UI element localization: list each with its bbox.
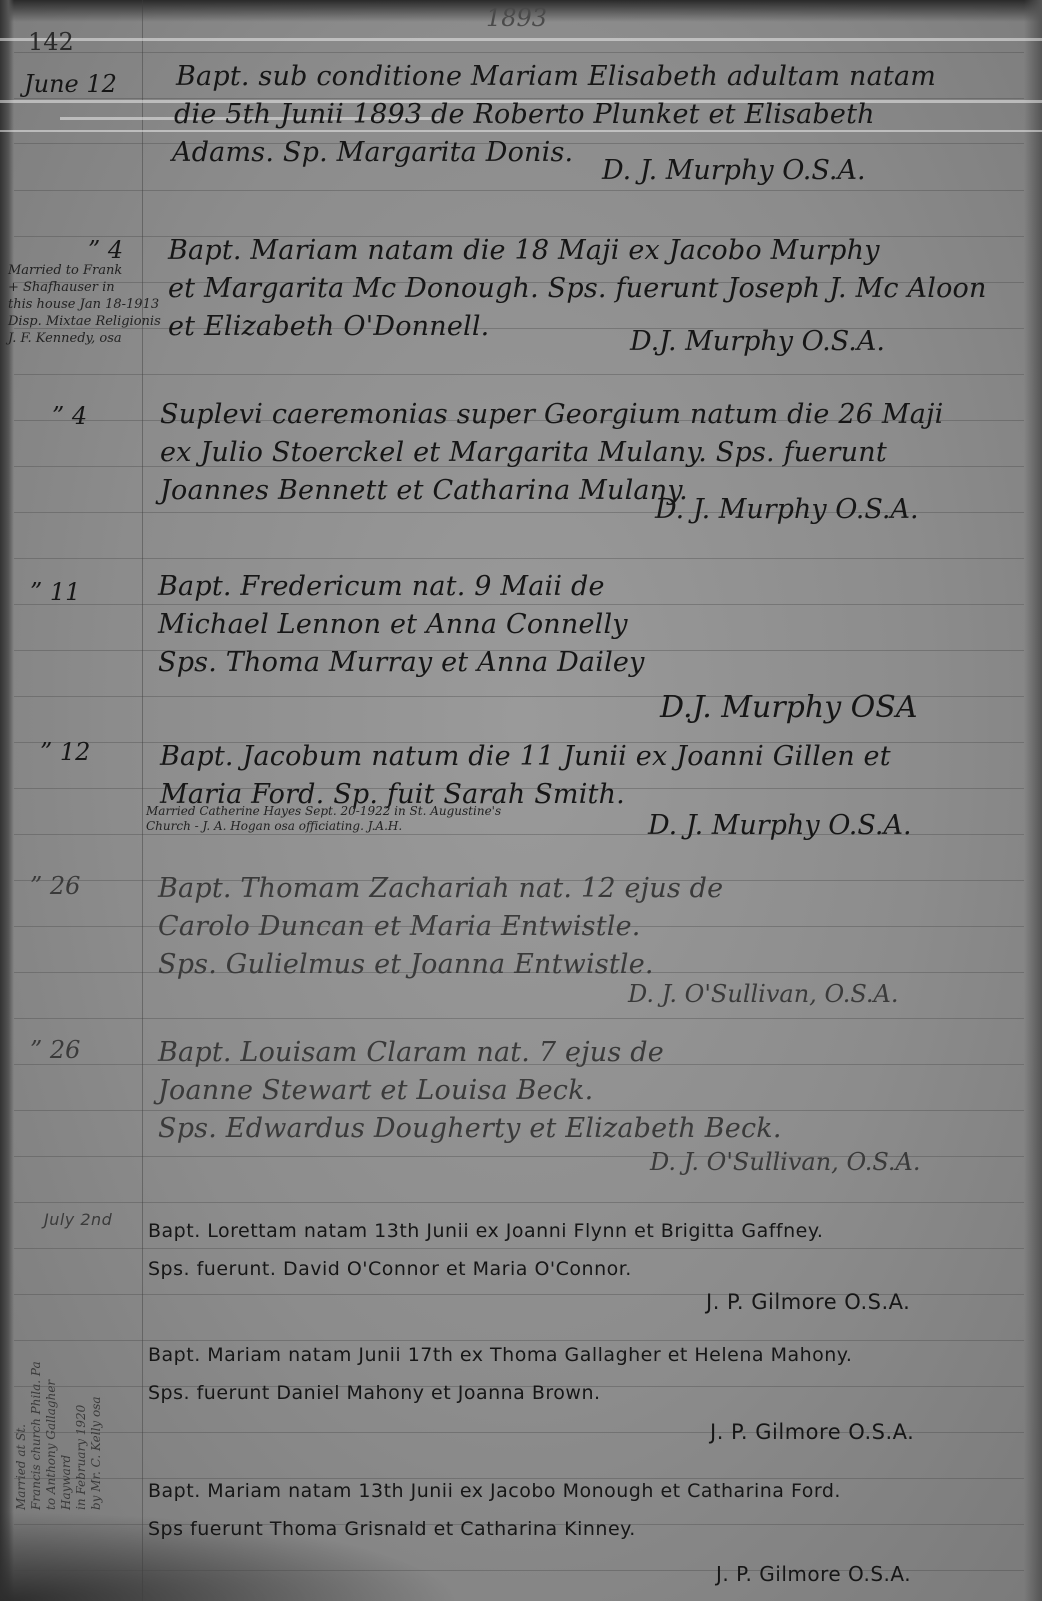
priest-signature: D. J. O'Sullivan, O.S.A. xyxy=(650,1148,921,1176)
ruled-line xyxy=(14,52,1024,53)
entry-line: ex Julio Stoerckel et Margarita Mulany. … xyxy=(160,434,943,472)
margin-note-line: by Mr. C. Kelly osa xyxy=(89,1361,104,1510)
page-number: 142 xyxy=(28,28,74,56)
entry-line: Sps. fuerunt Daniel Mahony et Joanna Bro… xyxy=(148,1374,852,1412)
margin-note-line: this house Jan 18-1913 xyxy=(8,296,161,313)
margin-note-line: + Shafhauser in xyxy=(8,279,161,296)
margin-note-line: J. F. Kennedy, osa xyxy=(8,330,161,347)
priest-signature: J. P. Gilmore O.S.A. xyxy=(706,1290,910,1314)
entry-text: Bapt. Mariam natam 13th Junii ex Jacobo … xyxy=(148,1472,841,1548)
entry-date: ” 12 xyxy=(40,738,90,766)
entry-line: Carolo Duncan et Maria Entwistle. xyxy=(158,908,723,946)
priest-signature: J. P. Gilmore O.S.A. xyxy=(716,1562,911,1586)
priest-signature: D. J. O'Sullivan, O.S.A. xyxy=(628,980,899,1008)
margin-note: Married to Frank + Shafhauser in this ho… xyxy=(8,262,161,347)
entry-line: Suplevi caeremonias super Georgium natum… xyxy=(160,396,943,434)
entry-line: Bapt. Mariam natam 13th Junii ex Jacobo … xyxy=(148,1472,841,1510)
entry-date: ” 26 xyxy=(30,1036,80,1064)
ruled-line xyxy=(14,374,1024,375)
entry-line: Bapt. Mariam natam die 18 Maji ex Jacobo… xyxy=(168,232,987,270)
margin-note-line: Francis church Phila. Pa xyxy=(29,1361,44,1510)
priest-signature: D. J. Murphy O.S.A. xyxy=(648,810,912,841)
entry-line: Sps fuerunt Thoma Grisnald et Catharina … xyxy=(148,1510,841,1548)
priest-signature: D.J. Murphy O.S.A. xyxy=(630,326,885,357)
ruled-line xyxy=(14,558,1024,559)
entry-line: die 5th Junii 1893 de Roberto Plunket et… xyxy=(174,96,936,134)
annotation-line: Church - J. A. Hogan osa officiating. J.… xyxy=(146,819,501,834)
entry-line: Bapt. Thomam Zachariah nat. 12 ejus de xyxy=(158,870,723,908)
margin-note-line: to Anthony Gallagher xyxy=(44,1361,59,1510)
entry-date: ” 4 xyxy=(88,236,123,264)
ruled-line xyxy=(14,1202,1024,1203)
annotation-line: Married Catherine Hayes Sept. 20-1922 in… xyxy=(146,804,501,819)
entry-date: ” 26 xyxy=(30,872,80,900)
priest-signature: J. P. Gilmore O.S.A. xyxy=(710,1420,914,1444)
priest-signature: D. J. Murphy O.S.A. xyxy=(602,155,866,186)
entry-line: Sps. Thoma Murray et Anna Dailey xyxy=(158,644,645,682)
entry-line: Bapt. Lorettam natam 13th Junii ex Joann… xyxy=(148,1212,823,1250)
entry-line: Sps. Gulielmus et Joanna Entwistle. xyxy=(158,946,723,984)
register-page: 142 1893 June 12 Bapt. sub conditione Ma… xyxy=(0,0,1042,1601)
entry-line: Bapt. Jacobum natum die 11 Junii ex Joan… xyxy=(160,738,891,776)
entry-text: Bapt. Louisam Claram nat. 7 ejus de Joan… xyxy=(158,1034,782,1148)
margin-note-line: Disp. Mixtae Religionis xyxy=(8,313,161,330)
priest-signature: D. J. Murphy O.S.A. xyxy=(655,494,919,525)
priest-signature: D.J. Murphy OSA xyxy=(660,690,918,725)
entry-line: Bapt. Mariam natam Junii 17th ex Thoma G… xyxy=(148,1336,852,1374)
scan-artifact xyxy=(0,38,1042,41)
entry-text: Bapt. Thomam Zachariah nat. 12 ejus de C… xyxy=(158,870,723,984)
entry-text: Bapt. Mariam natam Junii 17th ex Thoma G… xyxy=(148,1336,852,1412)
margin-note-line: Married at St. xyxy=(14,1361,29,1510)
entry-line: Bapt. Louisam Claram nat. 7 ejus de xyxy=(158,1034,782,1072)
margin-note-line: in February 1920 xyxy=(74,1361,89,1510)
entry-text: Bapt. Fredericum nat. 9 Maii de Michael … xyxy=(158,568,645,682)
entry-line: Michael Lennon et Anna Connelly xyxy=(158,606,645,644)
ruled-line xyxy=(14,1018,1024,1019)
entry-text: Bapt. Lorettam natam 13th Junii ex Joann… xyxy=(148,1212,823,1288)
margin-note-line: Hayward xyxy=(59,1361,74,1510)
entry-line: Joanne Stewart et Louisa Beck. xyxy=(158,1072,782,1110)
entry-line: Bapt. Fredericum nat. 9 Maii de xyxy=(158,568,645,606)
entry-line: Sps. Edwardus Dougherty et Elizabeth Bec… xyxy=(158,1110,782,1148)
page-right-edge xyxy=(1024,0,1042,1601)
margin-note-line: Married to Frank xyxy=(8,262,161,279)
entry-date: June 12 xyxy=(24,70,117,98)
entry-annotation: Married Catherine Hayes Sept. 20-1922 in… xyxy=(146,804,501,834)
margin-note: Married at St. Francis church Phila. Pa … xyxy=(14,1361,104,1510)
entry-date: ” 4 xyxy=(52,402,87,430)
entry-date: July 2nd xyxy=(44,1210,112,1229)
entry-line: et Margarita Mc Donough. Sps. fuerunt Jo… xyxy=(168,270,987,308)
entry-line: Bapt. sub conditione Mariam Elisabeth ad… xyxy=(176,58,936,96)
ruled-line xyxy=(14,190,1024,191)
page-left-edge xyxy=(0,0,14,1601)
entry-line: Sps. fuerunt. David O'Connor et Maria O'… xyxy=(148,1250,823,1288)
entry-text: Bapt. Jacobum natum die 11 Junii ex Joan… xyxy=(160,738,891,814)
margin-rule xyxy=(142,0,143,1601)
entry-date: ” 11 xyxy=(30,578,80,606)
register-year: 1893 xyxy=(486,4,547,32)
entry-text: Suplevi caeremonias super Georgium natum… xyxy=(160,396,943,510)
